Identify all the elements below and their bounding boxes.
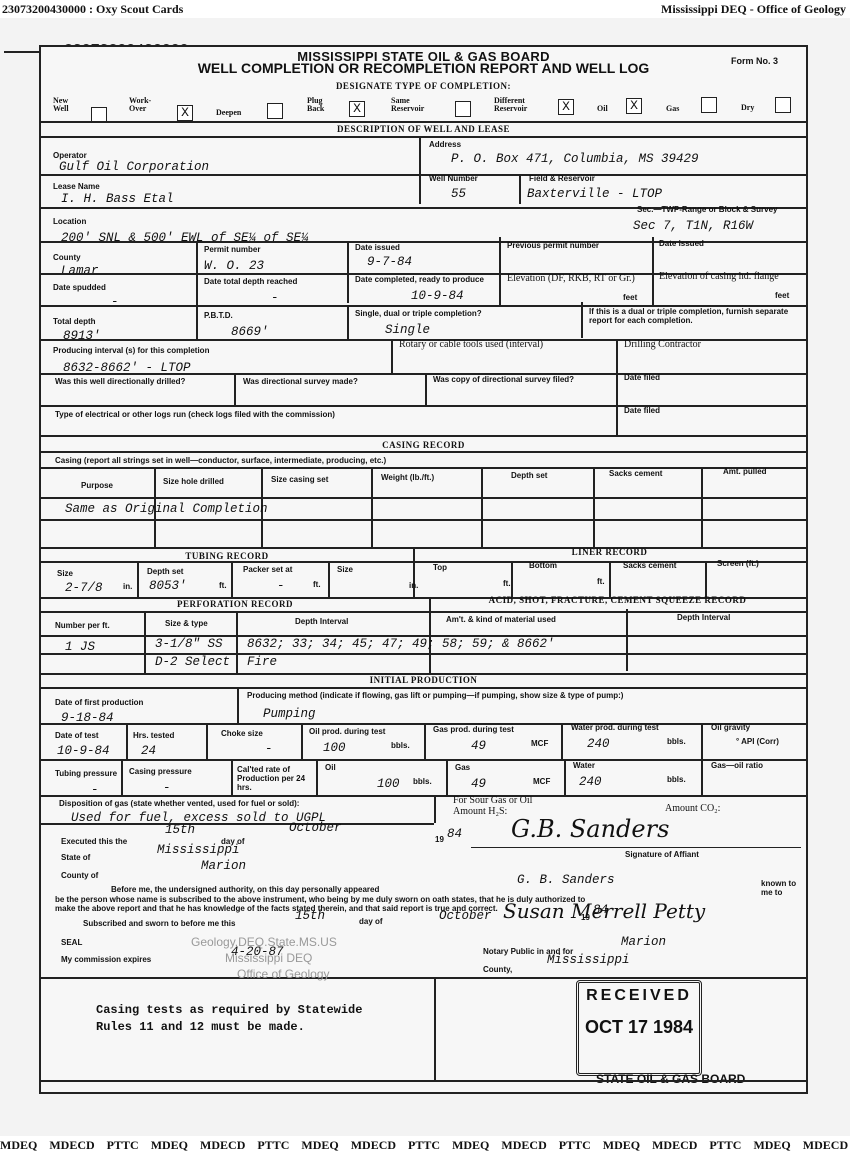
deepen-checkbox[interactable] <box>267 103 283 119</box>
well-completion-form: MISSISSIPPI STATE OIL & GAS BOARD WELL C… <box>39 45 808 1094</box>
oil-checkbox[interactable]: X <box>626 98 642 114</box>
date-td-label: Date total depth reached <box>204 277 297 286</box>
form-number: Form No. 3 <box>731 56 778 66</box>
casing-col-sacks: Sacks cement <box>609 469 662 478</box>
date-spudded-value: - <box>111 295 119 309</box>
workover-checkbox[interactable]: X <box>177 105 193 121</box>
gas-unit: MCF <box>533 777 550 786</box>
watermark-office: Office of Geology <box>237 967 330 981</box>
operator-label: Operator <box>53 151 87 160</box>
date-completed-label: Date completed, ready to produce <box>355 275 495 284</box>
footer-tag: MDEQ <box>452 1138 489 1152</box>
producing-method-label: Producing method (indicate if flowing, g… <box>247 691 623 700</box>
elevation-label: Elevation (DF, RKB, RT or Gr.) <box>507 273 637 284</box>
oil-label: Oil <box>325 763 336 772</box>
perf-number-value: 1 JS <box>65 640 95 654</box>
water-test-label: Water prod. during test <box>571 723 659 732</box>
perf-size-type-value-2: D-2 Select <box>155 655 230 669</box>
footer-tag: PTTC <box>709 1138 741 1152</box>
subscribed-month: October <box>439 909 492 923</box>
logs-label: Type of electrical or other logs run (ch… <box>55 410 335 419</box>
tubing-size-value: 2-7/8 <box>65 581 103 595</box>
footer-tag: MDEQ <box>0 1138 37 1152</box>
gas-test-label: Gas prod. during test <box>433 725 514 734</box>
perf-size-type-value-1: 3-1/8" SS <box>155 637 223 651</box>
water-label: Water <box>573 761 595 770</box>
producing-method-value: Pumping <box>263 707 316 721</box>
casing-heading: CASING RECORD <box>41 440 806 450</box>
producing-interval-label: Producing interval (s) for this completi… <box>53 346 209 355</box>
casing-col-hole: Size hole drilled <box>163 477 224 486</box>
affiant-signature-label: Signature of Affiant <box>625 850 699 859</box>
acid-col-depth: Depth Interval <box>677 613 730 622</box>
executed-day: 15th <box>165 823 195 837</box>
seal-label: SEAL <box>61 938 82 947</box>
tubing-depth-label: Depth set <box>147 567 183 576</box>
liner-heading: LINER RECORD <box>413 547 806 557</box>
perf-depth-value-2: Fire <box>247 655 277 669</box>
oil-gravity-label: Oil gravity <box>711 723 750 732</box>
casing-col-pulled: Amt. pulled <box>723 467 767 476</box>
footer-tag: MDEQ <box>753 1138 790 1152</box>
liner-screen-label: Screen (ft.) <box>717 559 759 568</box>
affiant-name: G. B. Sanders <box>517 873 615 887</box>
casing-col-size: Size casing set <box>271 475 328 484</box>
lease-name-label: Lease Name <box>53 182 100 191</box>
water-value: 240 <box>579 775 602 789</box>
county-of-value: Marion <box>201 859 246 873</box>
watermark-agency: Mississippi DEQ <box>225 951 312 965</box>
viewer-header: 23073200430000 : Oxy Scout Cards Mississ… <box>0 0 850 18</box>
county-label: County <box>53 253 81 262</box>
choke-label: Choke size <box>221 729 263 738</box>
disposition-label: Disposition of gas (state whether vented… <box>59 799 299 808</box>
perforation-heading: PERFORATION RECORD <box>41 599 429 609</box>
type-dry-label: Dry <box>741 104 754 126</box>
pbtd-label: P.B.T.D. <box>204 311 233 320</box>
notary-value: Marion <box>621 935 666 949</box>
perf-col-depth: Depth Interval <box>295 617 348 626</box>
stamp-title: RECEIVED <box>579 987 699 1005</box>
date-issued-value: 9-7-84 <box>367 255 412 269</box>
field-label: Field & Reservoir <box>529 174 595 183</box>
source-label: Mississippi DEQ - Office of Geology <box>661 2 846 17</box>
gas-value: 49 <box>471 777 486 791</box>
executed-month: October <box>289 821 342 835</box>
casing-col-weight: Weight (lb./ft.) <box>381 473 434 482</box>
choke-value: - <box>265 742 273 756</box>
well-number-label: Well Number <box>429 174 478 183</box>
state-label: State of <box>61 853 90 862</box>
type-different-reservoir-label: Different Reservoir <box>494 97 546 119</box>
dual-completion-note: If this is a dual or triple completion, … <box>589 307 799 325</box>
date-test-label: Date of test <box>55 731 99 740</box>
oath-line-1: Before me, the undersigned authority, on… <box>111 885 379 894</box>
gas-test-value: 49 <box>471 739 486 753</box>
stamp-footer: STATE OIL & GAS BOARD <box>596 1072 745 1086</box>
footer-tag: MDECD <box>49 1138 94 1152</box>
operator-value: Gulf Oil Corporation <box>59 160 209 174</box>
notary-county-label: County, <box>483 965 512 974</box>
executed-year: 84 <box>447 827 462 841</box>
commission-label: My commission expires <box>61 955 151 964</box>
document-title: 23073200430000 : Oxy Scout Cards <box>2 2 183 17</box>
address-value: P. O. Box 471, Columbia, MS 39429 <box>451 152 699 166</box>
tubing-depth-unit: ft. <box>219 581 227 590</box>
type-workover-label: Work-Over <box>129 97 165 119</box>
initial-production-heading: INITIAL PRODUCTION <box>41 675 806 685</box>
calc-rate-label: Cal'ted rate of Production per 24 hrs. <box>237 765 317 792</box>
oath-known: known to me to <box>761 879 806 897</box>
type-plug-back-label: Plug Back <box>307 97 333 119</box>
tubing-pressure-label: Tubing pressure <box>55 769 117 778</box>
oil-test-unit: bbls. <box>391 741 410 750</box>
subscribed-day-of: day of <box>359 917 383 926</box>
state-value: Mississippi <box>157 843 240 857</box>
total-depth-label: Total depth <box>53 317 96 326</box>
date-issued-label: Date issued <box>355 243 400 252</box>
affiant-signature: G.B. Sanders <box>511 815 669 843</box>
co2-label: Amount CO₂: <box>665 803 720 814</box>
notary-signature: Susan Merrell Petty <box>503 899 705 923</box>
casing-instructions: Casing (report all strings set in well—c… <box>55 456 386 465</box>
gas-test-unit: MCF <box>531 739 548 748</box>
form-title: WELL COMPLETION OR RECOMPLETION REPORT A… <box>41 60 806 76</box>
liner-size-unit: in. <box>409 581 418 590</box>
footer-tag: MDECD <box>652 1138 697 1152</box>
previous-permit-label: Previous permit number <box>507 241 599 250</box>
footer-tag: PTTC <box>408 1138 440 1152</box>
dry-checkbox[interactable] <box>775 97 791 113</box>
executed-year-prefix: 19 <box>435 835 444 844</box>
date-td-value: - <box>271 291 279 305</box>
subscribed-label: Subscribed and sworn to before me this <box>83 919 235 928</box>
previous-date-issued-label: Date issued <box>659 239 704 248</box>
directional-survey-label: Was directional survey made? <box>243 377 358 386</box>
permit-label: Permit number <box>204 245 260 254</box>
directional-drilled-label: Was this well directionally drilled? <box>55 377 185 386</box>
liner-sacks-label: Sacks cement <box>623 561 676 570</box>
h2s-label: Amount H₂S: <box>453 806 507 817</box>
first-production-label: Date of first production <box>55 698 143 707</box>
liner-bottom-label: Bottom <box>529 561 557 570</box>
lease-name-value: I. H. Bass Etal <box>61 192 174 206</box>
footer-tag: MDEQ <box>151 1138 188 1152</box>
pbtd-value: 8669' <box>231 325 269 339</box>
type-new-well-label: New Well <box>53 97 83 119</box>
tubing-size-label: Size <box>57 569 73 578</box>
oil-test-label: Oil prod. during test <box>309 727 385 736</box>
drilling-contractor-label: Drilling Contractor <box>624 339 701 350</box>
plug-back-checkbox[interactable]: X <box>349 101 365 117</box>
date-completed-value: 10-9-84 <box>411 289 464 303</box>
permit-value: W. O. 23 <box>204 259 264 273</box>
water-test-unit: bbls. <box>667 737 686 746</box>
footer-strip: MDEQMDECDPTTCMDEQMDECDPTTCMDEQMDECDPTTCM… <box>0 1138 850 1156</box>
same-reservoir-checkbox[interactable] <box>455 101 471 117</box>
footer-tag: MDECD <box>803 1138 848 1152</box>
sec-twp-label: Sec.—TWP-Range or Block & Survey <box>637 205 777 214</box>
stamp-date: OCT 17 1984 <box>579 1017 699 1038</box>
footer-tag: MDECD <box>351 1138 396 1152</box>
footer-tag: MDECD <box>501 1138 546 1152</box>
acid-heading: ACID, SHOT, FRACTURE, CEMENT SQUEEZE REC… <box>429 595 806 605</box>
different-reservoir-checkbox[interactable]: X <box>558 99 574 115</box>
perf-depth-value-1: 8632; 33; 34; 45; 47; 49; 58; 59; & 8662… <box>247 637 555 651</box>
liner-size-label: Size <box>337 565 353 574</box>
note-line-1: Casing tests as required by Statewide <box>96 1002 362 1019</box>
water-unit: bbls. <box>667 775 686 784</box>
elevation-casing-label: Elevation of casing hd. flange <box>659 271 789 282</box>
elevation-casing-unit: feet <box>775 291 789 300</box>
county-value: Lamar <box>61 264 99 278</box>
completion-kind-label: Single, dual or triple completion? <box>355 309 482 318</box>
tubing-size-unit: in. <box>123 582 132 591</box>
note-line-2: Rules 11 and 12 must be made. <box>96 1019 362 1036</box>
oil-test-value: 100 <box>323 741 346 755</box>
total-depth-value: 8913' <box>63 329 101 343</box>
tubing-depth-value: 8053' <box>149 579 187 593</box>
perf-col-number: Number per ft. <box>55 621 110 630</box>
directional-copy-label: Was copy of directional survey filed? <box>433 375 603 384</box>
county-of-label: County of <box>61 871 98 880</box>
well-number-value: 55 <box>451 187 466 201</box>
date-filed-label-1: Date filed <box>624 373 660 382</box>
liner-top-label: Top <box>433 563 447 572</box>
gas-oil-ratio-label: Gas—oil ratio <box>711 761 763 770</box>
casing-row-purpose: Same as Original Completion <box>65 502 268 516</box>
acid-col-material: Am't. & kind of material used <box>446 615 556 624</box>
executed-label: Executed this the <box>61 837 127 846</box>
designate-heading: DESIGNATE TYPE OF COMPLETION: <box>41 81 806 91</box>
casing-tests-note: Casing tests as required by Statewide Ru… <box>96 1002 362 1036</box>
sec-twp-value: Sec 7, T1N, R16W <box>633 219 753 233</box>
completion-kind-value: Single <box>385 323 430 337</box>
footer-tag: PTTC <box>257 1138 289 1152</box>
description-heading: DESCRIPTION OF WELL AND LEASE <box>41 124 806 134</box>
casing-col-depth: Depth set <box>511 471 547 480</box>
casing-col-purpose: Purpose <box>81 481 113 490</box>
date-spudded-label: Date spudded <box>53 283 106 292</box>
perf-col-size-type: Size & type <box>165 619 208 628</box>
type-same-reservoir-label: Same Reservoir <box>391 97 435 119</box>
liner-top-unit: ft. <box>503 579 511 588</box>
oath-line-3: make the above report and that he has kn… <box>55 904 498 913</box>
casing-pressure-label: Casing pressure <box>129 767 192 776</box>
location-value: 200' SNL & 500' EWL of SE¼ of SE¼ <box>61 231 309 245</box>
gas-checkbox[interactable] <box>701 97 717 113</box>
hrs-tested-label: Hrs. tested <box>133 731 174 740</box>
oil-unit: bbls. <box>413 777 432 786</box>
footer-tag: MDEQ <box>301 1138 338 1152</box>
sour-gas-label: For Sour Gas or Oil <box>453 795 532 806</box>
received-stamp: RECEIVED OCT 17 1984 <box>576 980 702 1076</box>
packer-label: Packer set at <box>243 565 292 574</box>
hrs-tested-value: 24 <box>141 744 156 758</box>
water-test-value: 240 <box>587 737 610 751</box>
oil-value: 100 <box>377 777 400 791</box>
date-test-value: 10-9-84 <box>57 744 110 758</box>
subscribed-day: 15th <box>295 909 325 923</box>
footer-tag: PTTC <box>107 1138 139 1152</box>
footer-tag: MDEQ <box>603 1138 640 1152</box>
packer-unit: ft. <box>313 580 321 589</box>
packer-value: - <box>277 579 285 593</box>
location-label: Location <box>53 217 86 226</box>
notary-county-value: Mississippi <box>547 953 630 967</box>
watermark-url: Geology.DEQ.State.MS.US <box>191 935 337 949</box>
casing-pressure-value: - <box>163 781 171 795</box>
date-filed-label-2: Date filed <box>624 406 660 415</box>
footer-tag: MDECD <box>200 1138 245 1152</box>
tubing-heading: TUBING RECORD <box>41 551 413 561</box>
field-value: Baxterville - LTOP <box>527 187 662 201</box>
address-label: Address <box>429 140 461 149</box>
liner-bottom-unit: ft. <box>597 577 605 586</box>
rotary-label: Rotary or cable tools used (interval) <box>399 339 543 350</box>
footer-tag: PTTC <box>559 1138 591 1152</box>
gas-label: Gas <box>455 763 470 772</box>
oil-gravity-unit: ° API (Corr) <box>736 737 779 746</box>
elevation-unit: feet <box>623 293 637 302</box>
